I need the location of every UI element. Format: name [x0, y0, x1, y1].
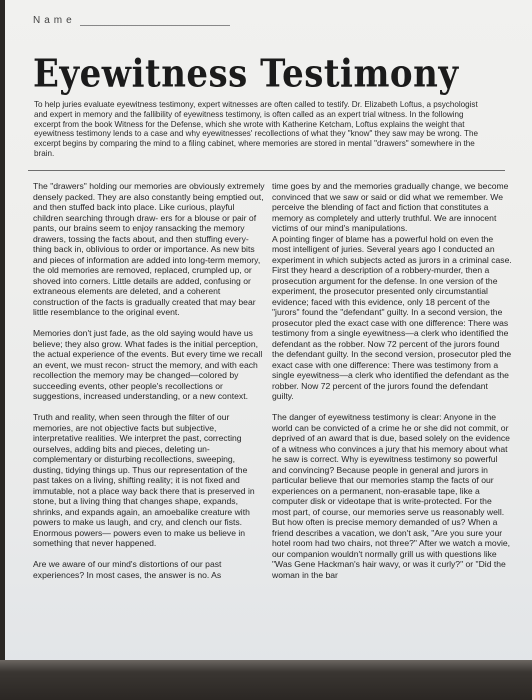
intro-paragraph: To help juries evaluate eyewitness testi…: [34, 100, 482, 159]
body-paragraph: The "drawers" holding our memories are o…: [33, 181, 265, 318]
body-paragraph: time goes by and the memories gradually …: [272, 181, 512, 234]
body-paragraph: Memories don't just fade, as the old say…: [33, 328, 265, 402]
right-column: time goes by and the memories gradually …: [272, 181, 512, 591]
left-column: The "drawers" holding our memories are o…: [33, 181, 265, 591]
body-paragraph: Are we aware of our mind's distortions o…: [33, 559, 265, 580]
worksheet-page: Name Eyewitness Testimony To help juries…: [5, 0, 532, 666]
page-title: Eyewitness Testimony: [33, 52, 459, 97]
name-label: Name: [33, 15, 76, 26]
body-paragraph: Truth and reality, when seen through the…: [33, 412, 265, 549]
name-blank-line[interactable]: [80, 15, 230, 26]
section-divider: [28, 170, 505, 171]
table-surface-background: [0, 660, 532, 700]
body-paragraph: A pointing finger of blame has a powerfu…: [272, 234, 512, 402]
name-field: Name: [33, 15, 230, 26]
body-paragraph: The danger of eyewitness testimony is cl…: [272, 412, 512, 580]
